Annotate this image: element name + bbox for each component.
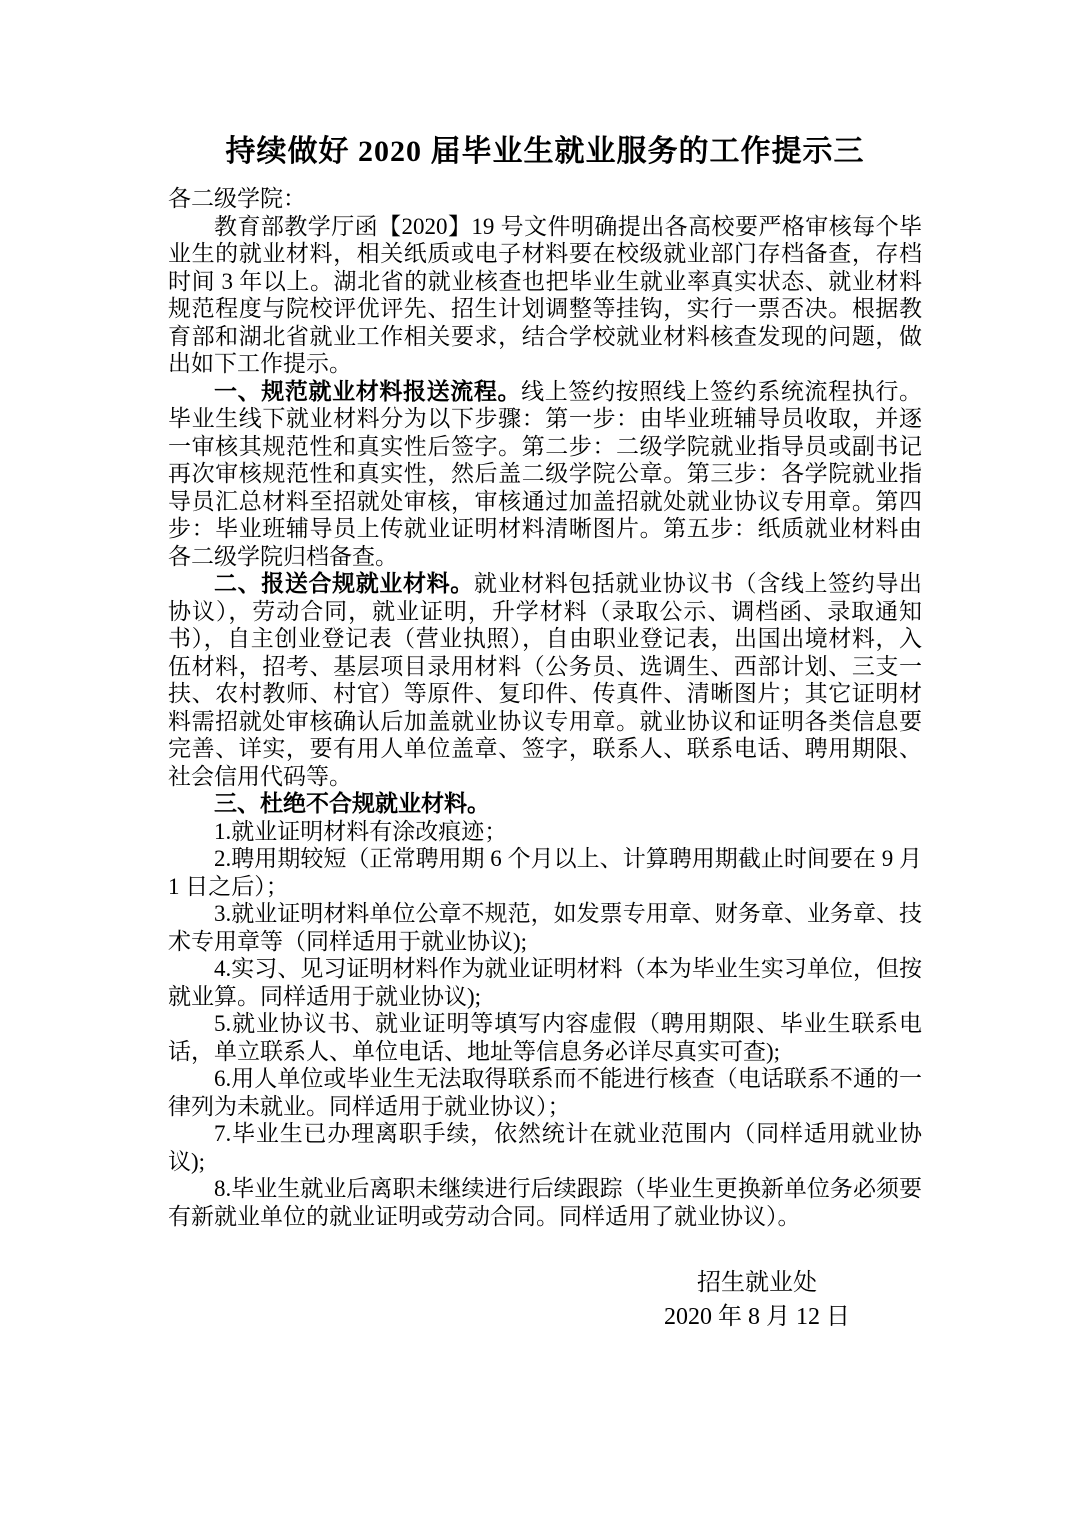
section-3-heading: 三、杜绝不合规就业材料。 (214, 791, 490, 816)
section-2-paragraph: 二、报送合规就业材料。就业材料包括就业协议书（含线上签约导出协议），劳动合同，就… (168, 570, 922, 790)
list-item-1: 1.就业证明材料有涂改痕迹； (168, 818, 922, 846)
list-item-5: 5.就业协议书、就业证明等填写内容虚假（聘用期限、毕业生联系电话，单立联系人、单… (168, 1010, 922, 1065)
section-1-paragraph: 一、规范就业材料报送流程。线上签约按照线上签约系统流程执行。毕业生线下就业材料分… (168, 378, 922, 571)
document-title: 持续做好 2020 届毕业生就业服务的工作提示三 (168, 134, 922, 170)
list-item-7: 7.毕业生已办理离职手续，依然统计在就业范围内（同样适用就业协议); (168, 1120, 922, 1175)
list-item-8: 8.毕业生就业后离职未继续进行后续跟踪（毕业生更换新单位务必须要有新就业单位的就… (168, 1175, 922, 1230)
section-2-body: 就业材料包括就业协议书（含线上签约导出协议），劳动合同，就业证明，升学材料（录取… (168, 571, 922, 789)
signature-block: 招生就业处 2020 年 8 月 12 日 (664, 1266, 850, 1334)
list-item-6: 6.用人单位或毕业生无法取得联系而不能进行核查（电话联系不通的一律列为未就业。同… (168, 1065, 922, 1120)
list-item-3: 3.就业证明材料单位公章不规范，如发票专用章、财务章、业务章、技术专用章等（同样… (168, 900, 922, 955)
signature-department: 招生就业处 (664, 1266, 850, 1300)
section-3-paragraph: 三、杜绝不合规就业材料。 (168, 790, 922, 818)
section-1-heading: 一、规范就业材料报送流程。 (214, 379, 521, 404)
salutation: 各二级学院： (168, 185, 922, 213)
list-item-2: 2.聘用期较短（正常聘用期 6 个月以上、计算聘用期截止时间要在 9 月 1 日… (168, 845, 922, 900)
section-1-body: 线上签约按照线上签约系统流程执行。毕业生线下就业材料分为以下步骤：第一步：由毕业… (168, 379, 922, 569)
signature-date: 2020 年 8 月 12 日 (664, 1300, 850, 1334)
list-item-4: 4.实习、见习证明材料作为就业证明材料（本为毕业生实习单位，但按就业算。同样适用… (168, 955, 922, 1010)
intro-paragraph: 教育部教学厅函【2020】19 号文件明确提出各高校要严格审核每个毕业生的就业材… (168, 213, 922, 378)
document-page: 持续做好 2020 届毕业生就业服务的工作提示三 各二级学院： 教育部教学厅函【… (0, 0, 1080, 1527)
section-2-heading: 二、报送合规就业材料。 (214, 571, 474, 596)
